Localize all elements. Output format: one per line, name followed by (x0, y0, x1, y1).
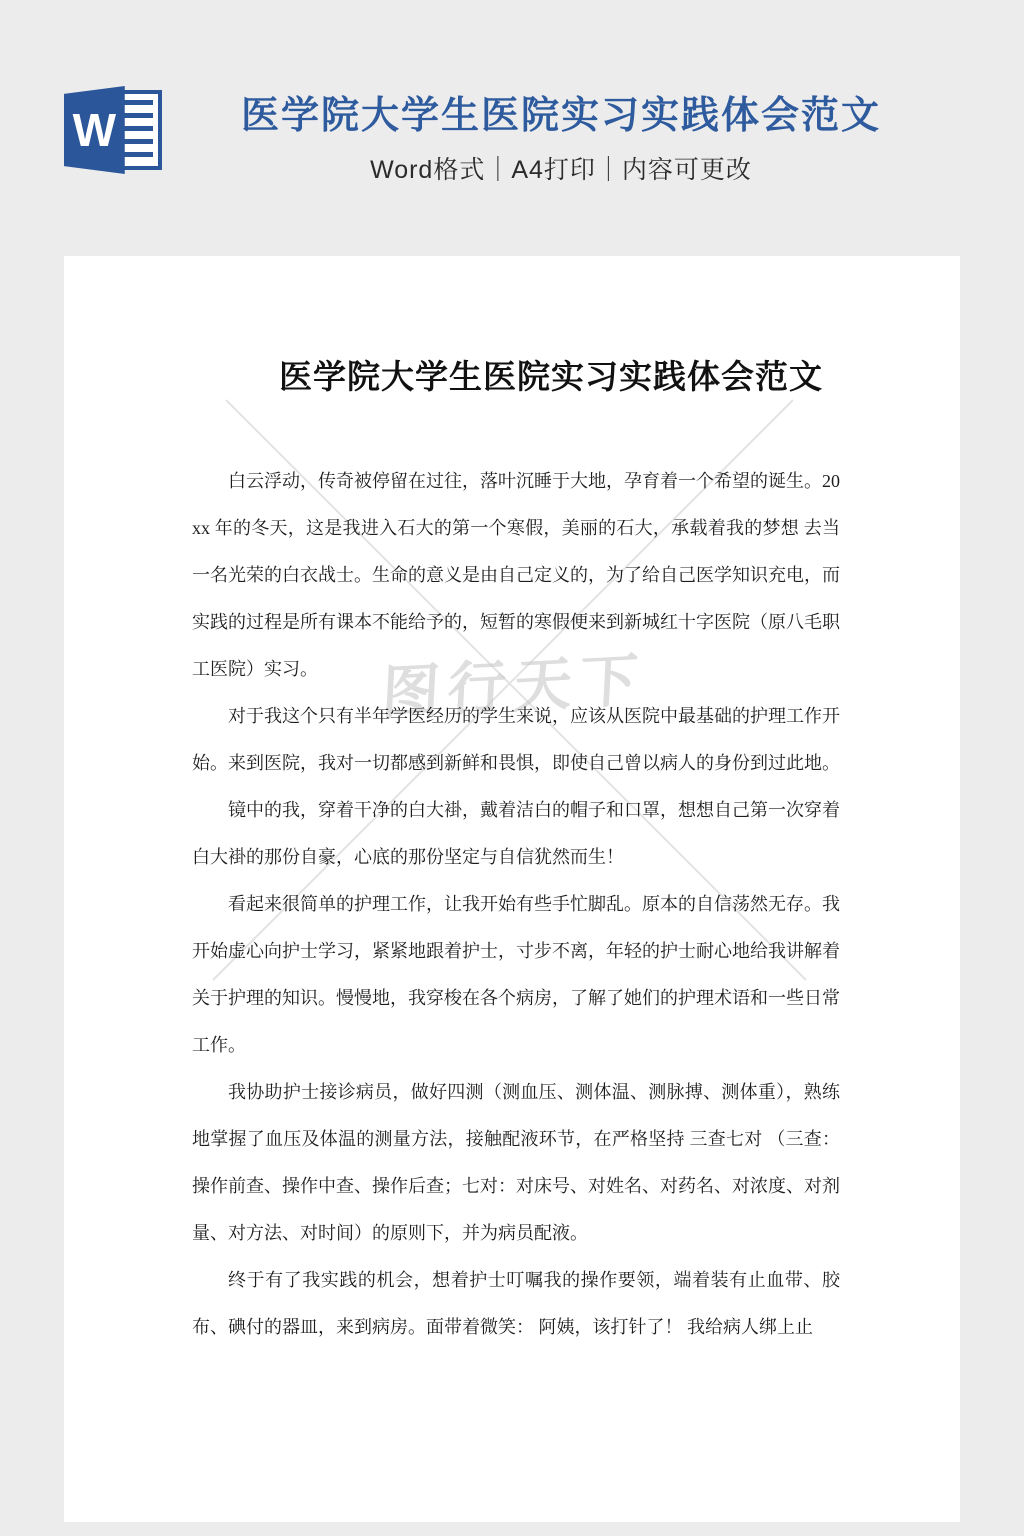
document-title: 医学院大学生医院实习实践体会范文 (192, 354, 840, 402)
word-icon-letter: W (73, 107, 116, 153)
paragraph: 白云浮动，传奇被停留在过往，落叶沉睡于大地，孕育着一个希望的诞生。20xx 年的… (192, 458, 840, 693)
paragraph: 终于有了我实践的机会，想着护士叮嘱我的操作要领，端着装有止血带、胶布、碘付的器皿… (192, 1257, 840, 1351)
header-subtitle: Word格式｜A4打印｜内容可更改 (162, 150, 960, 186)
word-icon-panel: W (64, 86, 125, 174)
template-preview-canvas: W 医学院大学生医院实习实践体会范文 Word格式｜A4打印｜内容可更改 图行天… (0, 0, 1024, 1536)
header-text: 医学院大学生医院实习实践体会范文 Word格式｜A4打印｜内容可更改 (162, 86, 960, 186)
header: W 医学院大学生医院实习实践体会范文 Word格式｜A4打印｜内容可更改 (64, 86, 960, 186)
header-title: 医学院大学生医院实习实践体会范文 (162, 94, 960, 140)
document-body: 白云浮动，传奇被停留在过往，落叶沉睡于大地，孕育着一个希望的诞生。20xx 年的… (192, 458, 840, 1351)
paragraph: 镜中的我，穿着干净的白大褂，戴着洁白的帽子和口罩，想想自己第一次穿着白大褂的那份… (192, 787, 840, 881)
paragraph: 看起来很简单的护理工作，让我开始有些手忙脚乱。原本的自信荡然无存。我开始虚心向护… (192, 881, 840, 1069)
document-content: 医学院大学生医院实习实践体会范文 白云浮动，传奇被停留在过往，落叶沉睡于大地，孕… (192, 354, 840, 1351)
document-page: 图行天下 医学院大学生医院实习实践体会范文 白云浮动，传奇被停留在过往，落叶沉睡… (64, 256, 960, 1522)
paragraph: 我协助护士接诊病员，做好四测（测血压、测体温、测脉搏、测体重），熟练地掌握了血压… (192, 1069, 840, 1257)
paragraph: 对于我这个只有半年学医经历的学生来说，应该从医院中最基础的护理工作开始。来到医院… (192, 693, 840, 787)
word-icon: W (64, 86, 162, 174)
